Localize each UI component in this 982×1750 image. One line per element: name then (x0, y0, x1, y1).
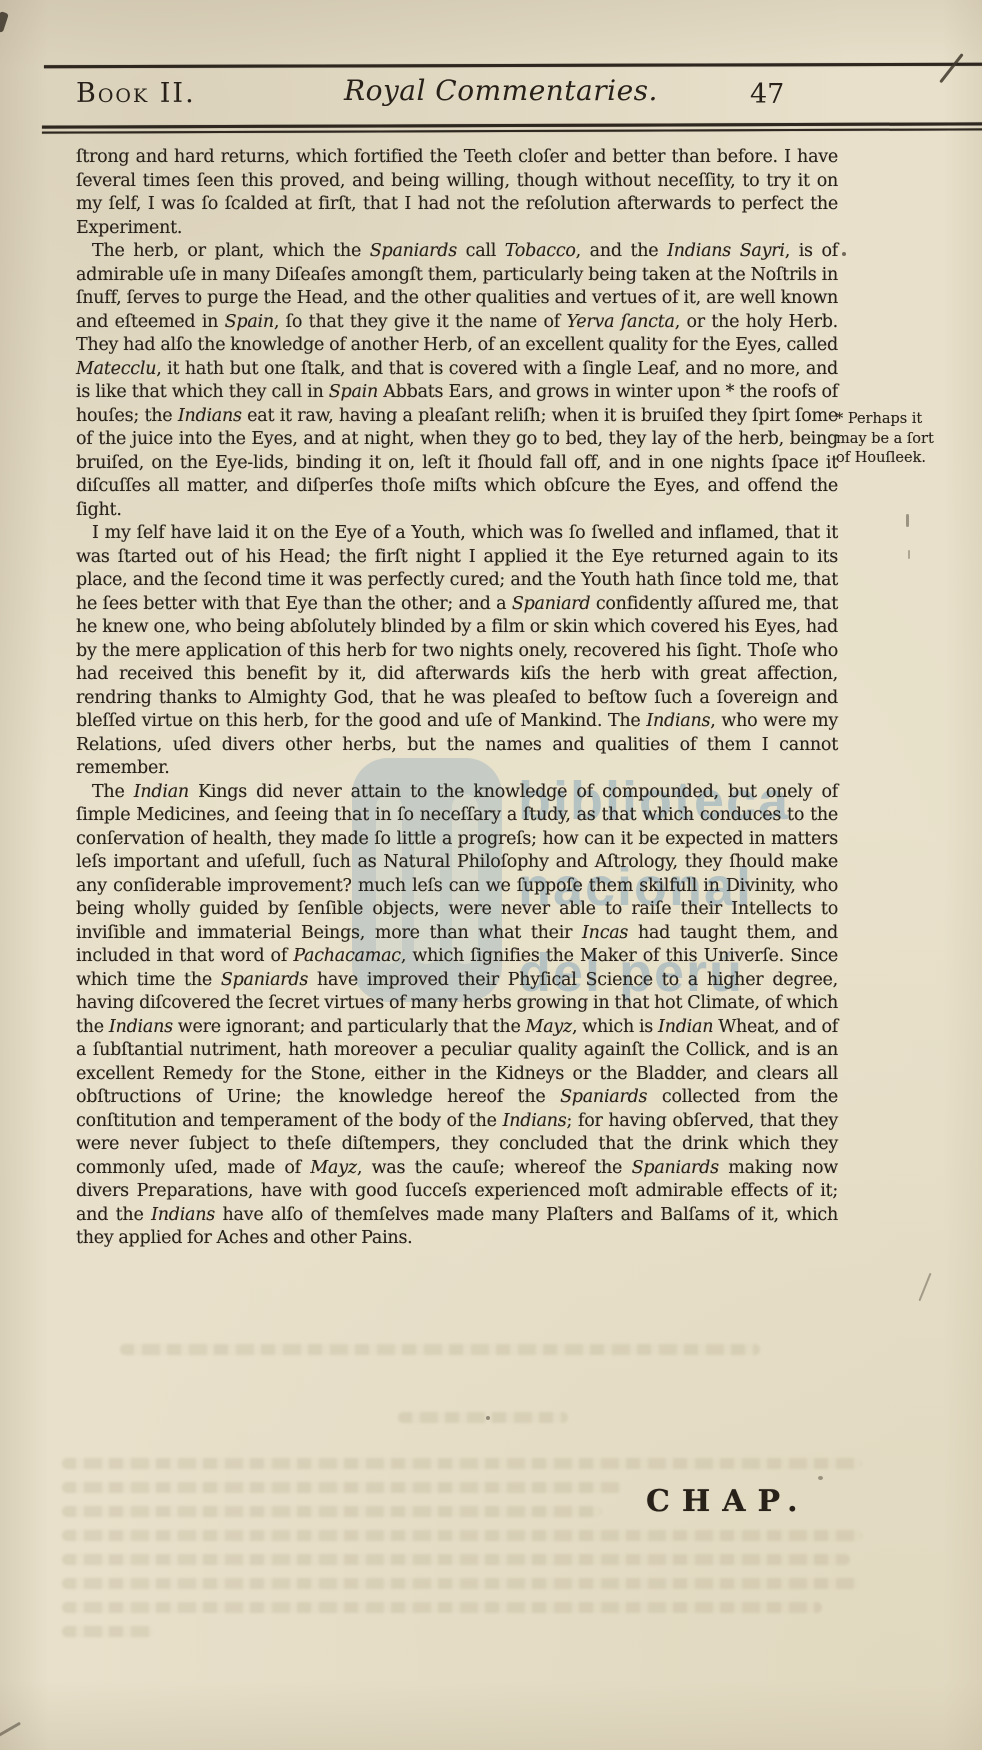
ink-speck (818, 1476, 823, 1480)
book-label: Book II. (76, 78, 196, 109)
book-page: Book II. Royal Commentaries. 47 bibliote… (0, 0, 982, 1750)
italic-term: Spain (225, 312, 274, 332)
italic-term: Mayz (526, 1017, 572, 1037)
italic-term: Incas (582, 923, 628, 943)
running-title: Royal Commentaries. (344, 74, 658, 107)
showthrough-line (62, 1554, 850, 1565)
italic-term: Indian (658, 1017, 713, 1037)
paragraph: The herb, or plant, which the Spaniards … (76, 240, 838, 522)
text-run: ſtrong and hard returns, which fortified… (76, 147, 838, 238)
ink-speck (842, 252, 846, 256)
ink-speck (908, 550, 910, 559)
showthrough-line (62, 1506, 602, 1517)
ink-speck (918, 1273, 931, 1302)
scan-edge-artifact (0, 1722, 21, 1738)
catchword: CHAP. (646, 1484, 810, 1519)
italic-term: Mayz (310, 1158, 356, 1178)
italic-term: Pachacamac (293, 946, 401, 966)
text-run: The (92, 782, 134, 802)
ink-speck (486, 1416, 490, 1420)
italic-term: Indians (503, 1111, 567, 1131)
showthrough-line (62, 1578, 860, 1589)
italic-term: Spaniards (560, 1087, 647, 1107)
italic-term: Spain (329, 382, 378, 402)
paragraph: I my ſelf have laid it on the Eye of a Y… (76, 522, 838, 781)
italic-term: Yerva ſancta (566, 312, 674, 332)
ink-speck (906, 514, 909, 527)
paragraph: ſtrong and hard returns, which fortified… (76, 146, 838, 240)
top-rule (44, 63, 982, 68)
italic-term: Indians (646, 711, 710, 731)
text-run: Kings did never attain to the knowledge … (76, 782, 838, 943)
showthrough-line (62, 1458, 862, 1469)
text-run: , which is (572, 1017, 658, 1037)
header-rule-thin (42, 128, 982, 133)
text-run: call (457, 241, 505, 261)
pen-stroke-artifact (939, 53, 963, 83)
text-run: , and the (576, 241, 667, 261)
italic-term: Spaniards (632, 1158, 719, 1178)
text-run: were ignorant; and particularly that the (173, 1017, 526, 1037)
paragraph: The Indian Kings did never attain to the… (76, 781, 838, 1251)
italic-term: Indians (151, 1205, 215, 1225)
header-rule-thick (42, 122, 982, 128)
margin-note: * Perhaps itmay be a ſortof Houſleek. (836, 410, 982, 469)
text-run: The herb, or plant, which the (92, 241, 370, 261)
italic-term: Spaniards (370, 241, 457, 261)
italic-term: Matecclu (76, 359, 156, 379)
page-number: 47 (750, 79, 784, 110)
showthrough-line (62, 1602, 822, 1613)
text-run: , was the cauſe; whereof the (357, 1158, 632, 1178)
text-run: , ſo that they give it the name of (274, 312, 567, 332)
showthrough-line (62, 1626, 154, 1637)
showthrough-line (398, 1412, 568, 1423)
margin-note-line: * Perhaps it (836, 410, 982, 430)
margin-note-line: may be a ſort (836, 430, 982, 450)
italic-term: Spaniard (512, 594, 591, 614)
italic-term: Indians Sayri (667, 241, 785, 261)
showthrough-line (62, 1530, 862, 1541)
showthrough-line (120, 1344, 760, 1355)
italic-term: Indians (109, 1017, 173, 1037)
showthrough-line (62, 1482, 622, 1493)
margin-note-line: of Houſleek. (836, 449, 982, 469)
page-text: ſtrong and hard returns, which fortified… (76, 146, 838, 1251)
italic-term: Spaniards (221, 970, 308, 990)
italic-term: Indians (178, 406, 242, 426)
italic-term: Tobacco (505, 241, 576, 261)
italic-term: Indian (134, 782, 189, 802)
scan-edge-artifact (0, 11, 9, 33)
